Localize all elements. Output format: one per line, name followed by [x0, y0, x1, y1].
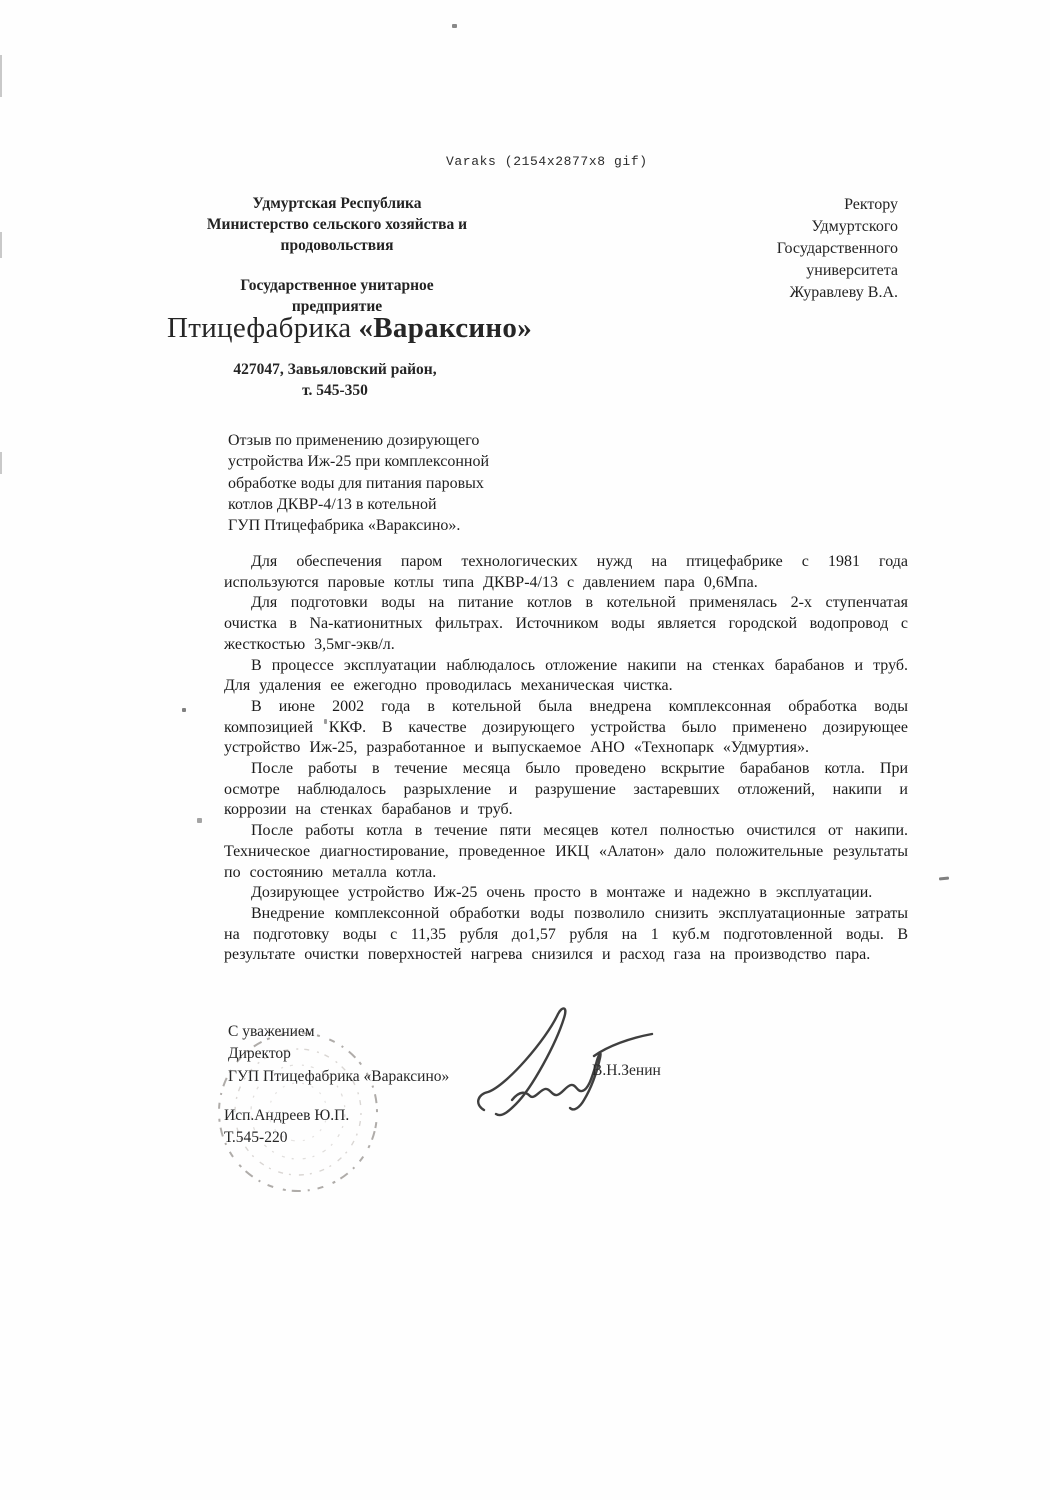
subject-line: устройства Иж-25 при комплексонной [228, 451, 489, 472]
recipient-line: Удмуртского [690, 216, 898, 238]
sender-ministry-line1: Министерство сельского хозяйства и [197, 215, 477, 236]
recipient-line: университета [690, 260, 898, 282]
scan-edge-mark [0, 55, 2, 97]
subject-line: обработке воды для питания паровых [228, 473, 489, 494]
recipient-line: Журавлеву В.А. [690, 282, 898, 304]
letter-body: Для обеспечения паром технологических ну… [224, 552, 908, 966]
executor-block: Исп.Андреев Ю.П. Т.545-220 [224, 1105, 349, 1149]
scan-speck [197, 818, 202, 823]
signer-name: В.Н.Зенин [592, 1062, 661, 1080]
scan-speck [939, 876, 949, 880]
company-address-line1: 427047, Завьяловский район, [228, 360, 442, 381]
closing-block: С уважением Директор ГУП Птицефабрика «В… [228, 1021, 449, 1088]
body-paragraph: Для подготовки воды на питание котлов в … [224, 593, 908, 655]
scan-edge-mark [0, 232, 2, 258]
scan-filename-label: Varaks (2154x2877x8 gif) [446, 154, 648, 169]
company-title-bold: «Вараксино» [358, 312, 532, 344]
closing-position: Директор [228, 1043, 449, 1065]
subject-line: ГУП Птицефабрика «Вараксино». [228, 515, 489, 536]
body-paragraph: После работы в течение месяца было прове… [224, 759, 908, 821]
subject-line: Отзыв по применению дозирующего [228, 430, 489, 451]
body-paragraph: Внедрение комплексонной обработки воды п… [224, 904, 908, 966]
company-title-regular: Птицефабрика [167, 312, 351, 344]
body-paragraph: В процессе эксплуатации наблюдалось отло… [224, 656, 908, 697]
letter-subject: Отзыв по применению дозирующего устройст… [228, 430, 489, 536]
closing-company: ГУП Птицефабрика «Вараксино» [228, 1066, 449, 1088]
recipient-line: Государственного [690, 238, 898, 260]
company-address: 427047, Завьяловский район, т. 545-350 [228, 360, 442, 401]
subject-line: котлов ДКВР-4/13 в котельной [228, 494, 489, 515]
body-paragraph: Дозирующее устройство Иж-25 очень просто… [224, 883, 908, 904]
sender-ministry-line2: продовольствия [197, 236, 477, 257]
body-paragraph: Для обеспечения паром технологических ну… [224, 552, 908, 593]
recipient-line: Ректору [690, 194, 898, 216]
body-paragraph: После работы котла в течение пяти месяце… [224, 821, 908, 883]
body-paragraph: В июне 2002 года в котельной была внедре… [224, 697, 908, 759]
closing-regards: С уважением [228, 1021, 449, 1043]
company-title: Птицефабрика«Вараксино» [167, 312, 532, 345]
scan-edge-mark [0, 452, 2, 474]
sender-letterhead: Удмуртская Республика Министерство сельс… [197, 194, 477, 318]
scan-speck [452, 24, 457, 28]
scanned-letter-page: { "scan_label": "Varaks (2154x2877x8 gif… [0, 0, 1050, 1500]
sender-region: Удмуртская Республика [197, 194, 477, 215]
company-address-line2: т. 545-350 [228, 381, 442, 402]
recipient-block: Ректору Удмуртского Государственного уни… [690, 194, 898, 304]
sender-org-type-line1: Государственное унитарное [197, 276, 477, 297]
scan-speck [182, 708, 186, 712]
executor-name: Исп.Андреев Ю.П. [224, 1105, 349, 1127]
executor-phone: Т.545-220 [224, 1127, 349, 1149]
